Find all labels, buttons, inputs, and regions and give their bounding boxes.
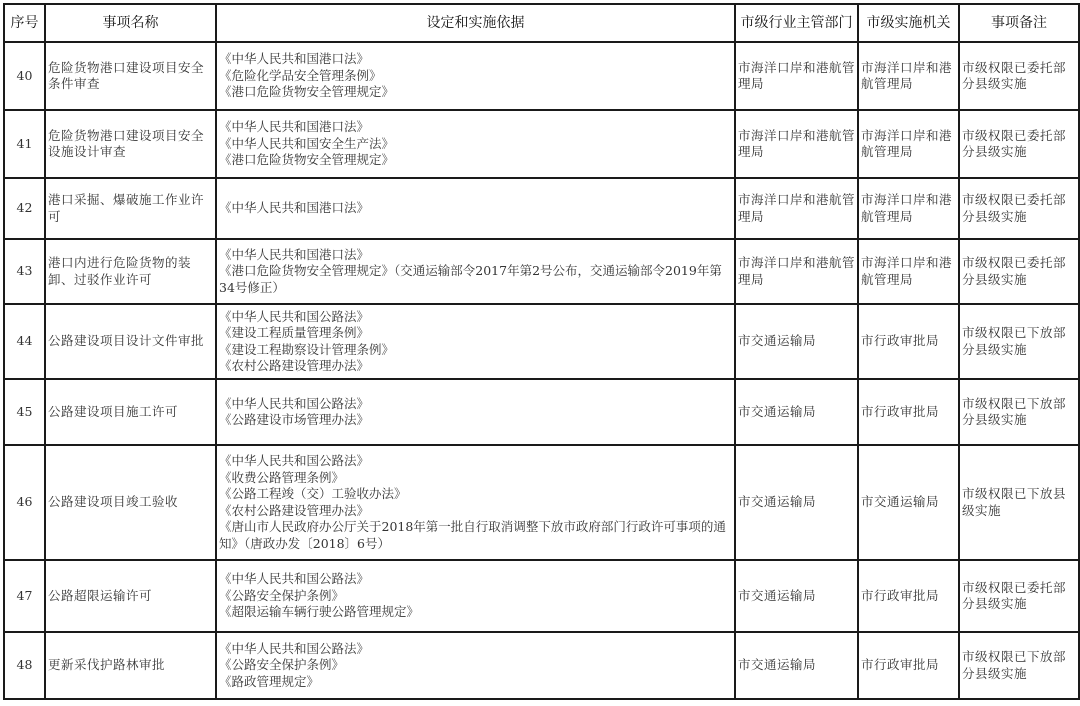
row-org: 市海洋口岸和港航管理局: [858, 239, 959, 304]
row-note: 市级权限已下放部分县级实施: [959, 632, 1079, 699]
table-row: 48 更新采伐护路林审批 《中华人民共和国公路法》《公路安全保护条例》《路政管理…: [4, 632, 1079, 699]
row-seq: 47: [4, 560, 45, 632]
row-basis: 《中华人民共和国公路法》《公路安全保护条例》《超限运输车辆行驶公路管理规定》: [216, 560, 735, 632]
basis-line: 《农村公路建设管理办法》: [219, 358, 732, 375]
table-row: 47 公路超限运输许可 《中华人民共和国公路法》《公路安全保护条例》《超限运输车…: [4, 560, 1079, 632]
row-dept: 市海洋口岸和港航管理局: [735, 239, 858, 304]
basis-line: 《中华人民共和国公路法》: [219, 309, 732, 326]
row-basis: 《中华人民共和国港口法》《中华人民共和国安全生产法》《港口危险货物安全管理规定》: [216, 110, 735, 178]
table-row: 42 港口采掘、爆破施工作业许可 《中华人民共和国港口法》 市海洋口岸和港航管理…: [4, 178, 1079, 239]
row-seq: 48: [4, 632, 45, 699]
row-org: 市海洋口岸和港航管理局: [858, 42, 959, 110]
row-basis: 《中华人民共和国公路法》《建设工程质量管理条例》《建设工程勘察设计管理条例》《农…: [216, 304, 735, 379]
row-seq: 45: [4, 379, 45, 445]
table-row: 40 危险货物港口建设项目安全条件审查 《中华人民共和国港口法》《危险化学品安全…: [4, 42, 1079, 110]
basis-line: 《中华人民共和国港口法》: [219, 119, 732, 136]
header-basis: 设定和实施依据: [216, 4, 735, 42]
row-item-name: 危险货物港口建设项目安全条件审查: [45, 42, 216, 110]
row-item-name: 危险货物港口建设项目安全设施设计审查: [45, 110, 216, 178]
row-dept: 市交通运输局: [735, 632, 858, 699]
row-basis: 《中华人民共和国公路法》《收费公路管理条例》《公路工程竣（交）工验收办法》《农村…: [216, 445, 735, 560]
basis-line: 《中华人民共和国公路法》: [219, 396, 732, 413]
row-note: 市级权限已委托部分县级实施: [959, 110, 1079, 178]
table-row: 45 公路建设项目施工许可 《中华人民共和国公路法》《公路建设市场管理办法》 市…: [4, 379, 1079, 445]
basis-line: 《建设工程质量管理条例》: [219, 325, 732, 342]
row-note: 市级权限已下放部分县级实施: [959, 304, 1079, 379]
row-note: 市级权限已下放县级实施: [959, 445, 1079, 560]
row-dept: 市交通运输局: [735, 379, 858, 445]
row-item-name: 公路超限运输许可: [45, 560, 216, 632]
row-dept: 市海洋口岸和港航管理局: [735, 42, 858, 110]
table-row: 41 危险货物港口建设项目安全设施设计审查 《中华人民共和国港口法》《中华人民共…: [4, 110, 1079, 178]
row-dept: 市交通运输局: [735, 560, 858, 632]
row-dept: 市海洋口岸和港航管理局: [735, 110, 858, 178]
row-item-name: 公路建设项目施工许可: [45, 379, 216, 445]
header-seq: 序号: [4, 4, 45, 42]
basis-line: 《公路工程竣（交）工验收办法》: [219, 486, 732, 503]
row-seq: 46: [4, 445, 45, 560]
row-org: 市海洋口岸和港航管理局: [858, 178, 959, 239]
basis-line: 《超限运输车辆行驶公路管理规定》: [219, 604, 732, 621]
row-note: 市级权限已下放部分县级实施: [959, 379, 1079, 445]
permits-table: 序号 事项名称 设定和实施依据 市级行业主管部门 市级实施机关 事项备注 40 …: [3, 3, 1080, 700]
header-note: 事项备注: [959, 4, 1079, 42]
basis-line: 《中华人民共和国港口法》: [219, 247, 732, 264]
row-basis: 《中华人民共和国公路法》《公路建设市场管理办法》: [216, 379, 735, 445]
row-seq: 44: [4, 304, 45, 379]
row-seq: 42: [4, 178, 45, 239]
basis-line: 《公路建设市场管理办法》: [219, 412, 732, 429]
row-org: 市行政审批局: [858, 379, 959, 445]
page-footer-fragment: [470, 700, 630, 706]
row-seq: 43: [4, 239, 45, 304]
basis-line: 《建设工程勘察设计管理条例》: [219, 342, 732, 359]
row-item-name: 港口采掘、爆破施工作业许可: [45, 178, 216, 239]
row-note: 市级权限已委托部分县级实施: [959, 560, 1079, 632]
basis-line: 《港口危险货物安全管理规定》（交通运输部令2017年第2号公布，交通运输部令20…: [219, 263, 732, 296]
row-basis: 《中华人民共和国港口法》: [216, 178, 735, 239]
basis-line: 《港口危险货物安全管理规定》: [219, 152, 732, 169]
row-item-name: 公路建设项目设计文件审批: [45, 304, 216, 379]
basis-line: 《中华人民共和国公路法》: [219, 641, 732, 658]
row-dept: 市交通运输局: [735, 304, 858, 379]
basis-line: 《中华人民共和国公路法》: [219, 453, 732, 470]
basis-line: 《公路安全保护条例》: [219, 657, 732, 674]
basis-line: 《中华人民共和国港口法》: [219, 51, 732, 68]
basis-line: 《农村公路建设管理办法》: [219, 503, 732, 520]
row-org: 市交通运输局: [858, 445, 959, 560]
header-row: 序号 事项名称 设定和实施依据 市级行业主管部门 市级实施机关 事项备注: [4, 4, 1079, 42]
basis-line: 《中华人民共和国公路法》: [219, 571, 732, 588]
basis-line: 《港口危险货物安全管理规定》: [219, 84, 732, 101]
row-org: 市行政审批局: [858, 632, 959, 699]
basis-line: 《收费公路管理条例》: [219, 470, 732, 487]
row-seq: 40: [4, 42, 45, 110]
basis-line: 《公路安全保护条例》: [219, 588, 732, 605]
table-row: 46 公路建设项目竣工验收 《中华人民共和国公路法》《收费公路管理条例》《公路工…: [4, 445, 1079, 560]
header-dept: 市级行业主管部门: [735, 4, 858, 42]
header-name: 事项名称: [45, 4, 216, 42]
row-basis: 《中华人民共和国港口法》《危险化学品安全管理条例》《港口危险货物安全管理规定》: [216, 42, 735, 110]
basis-line: 《危险化学品安全管理条例》: [219, 68, 732, 85]
row-basis: 《中华人民共和国公路法》《公路安全保护条例》《路政管理规定》: [216, 632, 735, 699]
table-row: 43 港口内进行危险货物的装卸、过驳作业许可 《中华人民共和国港口法》《港口危险…: [4, 239, 1079, 304]
row-dept: 市交通运输局: [735, 445, 858, 560]
row-basis: 《中华人民共和国港口法》《港口危险货物安全管理规定》（交通运输部令2017年第2…: [216, 239, 735, 304]
row-seq: 41: [4, 110, 45, 178]
row-org: 市海洋口岸和港航管理局: [858, 110, 959, 178]
basis-line: 《中华人民共和国港口法》: [219, 200, 732, 217]
header-org: 市级实施机关: [858, 4, 959, 42]
row-item-name: 港口内进行危险货物的装卸、过驳作业许可: [45, 239, 216, 304]
row-org: 市行政审批局: [858, 560, 959, 632]
row-note: 市级权限已委托部分县级实施: [959, 239, 1079, 304]
row-dept: 市海洋口岸和港航管理局: [735, 178, 858, 239]
basis-line: 《唐山市人民政府办公厅关于2018年第一批自行取消调整下放市政府部门行政许可事项…: [219, 519, 732, 552]
row-item-name: 公路建设项目竣工验收: [45, 445, 216, 560]
basis-line: 《路政管理规定》: [219, 674, 732, 691]
row-note: 市级权限已委托部分县级实施: [959, 42, 1079, 110]
row-note: 市级权限已委托部分县级实施: [959, 178, 1079, 239]
table-row: 44 公路建设项目设计文件审批 《中华人民共和国公路法》《建设工程质量管理条例》…: [4, 304, 1079, 379]
basis-line: 《中华人民共和国安全生产法》: [219, 136, 732, 153]
row-item-name: 更新采伐护路林审批: [45, 632, 216, 699]
row-org: 市行政审批局: [858, 304, 959, 379]
